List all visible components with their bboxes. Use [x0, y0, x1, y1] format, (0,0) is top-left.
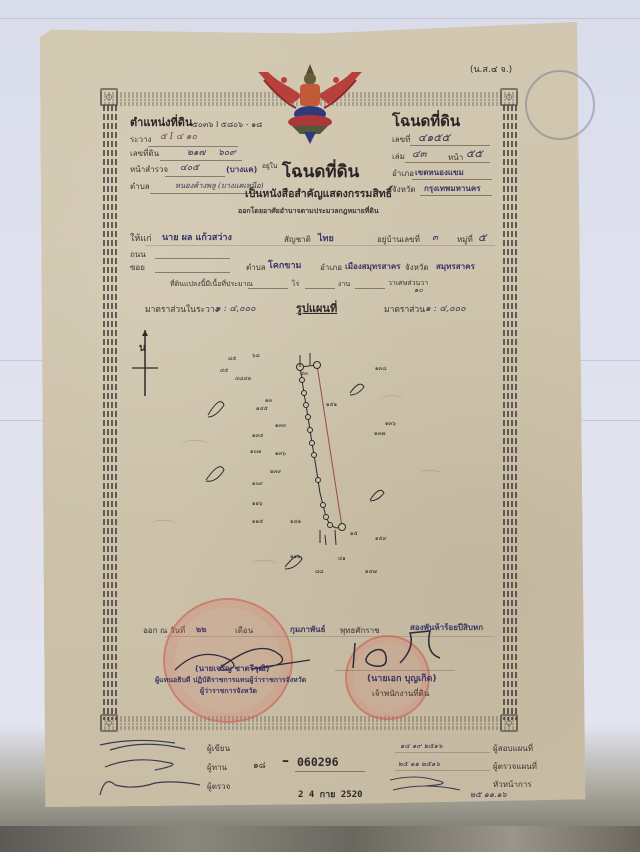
field-rule [395, 770, 490, 771]
map-scale-value: ๑ : ๔,๐๐๐ [425, 305, 466, 314]
rawang-label: ระวาง [130, 136, 151, 144]
nationality-value: ไทย [318, 235, 334, 244]
writer-label: ผู้เขียน [207, 745, 230, 753]
province-label: จังหวัด [392, 186, 416, 194]
soi-label: ซอย [130, 264, 145, 272]
house-no-label: อยู่บ้านเลขที่ [377, 236, 420, 244]
compare-label: ผู้ตรวจ [207, 783, 230, 791]
garuda-emblem-icon [254, 62, 366, 146]
svg-text:๑๐๙: ๑๐๙ [252, 481, 263, 487]
house-no-value: ๓ [432, 234, 438, 243]
land-no-extra: ๖๐๙ [218, 149, 236, 158]
faded-stamp [525, 70, 595, 140]
svg-text:๑๔๑: ๑๔๑ [290, 519, 301, 525]
svg-text:๑๓๔: ๑๓๔ [252, 433, 263, 439]
owner-amphoe-label: อำเภอ [320, 264, 342, 272]
ngan-label: งาน [338, 281, 350, 288]
svg-text:๔๑: ๔๑ [338, 556, 346, 562]
svg-text:๑๐๖: ๑๐๖ [290, 554, 301, 560]
svg-text:๑๑๕: ๑๑๕ [252, 519, 263, 525]
corner-ornament [100, 714, 118, 732]
rawang-scale-value: ๑ : ๔,๐๐๐ [215, 305, 256, 314]
svg-text:๑๔๗: ๑๔๗ [365, 569, 377, 575]
surveyor-label: ผู้สอบแผนที่ [493, 745, 533, 753]
survey-note: (บางแค) [226, 166, 257, 174]
footer-signatures-left [95, 735, 205, 805]
owner-tambon-label: ตำบล [246, 264, 266, 272]
location-title: ตำแหน่งที่ดิน [130, 117, 192, 128]
issued-under: ออกโดยอาศัยอำนาจตามประมวลกฎหมายที่ดิน [238, 208, 379, 215]
road-label: ถนน [130, 251, 146, 259]
field-rule [420, 195, 492, 196]
right-deed-title: โฉนดที่ดิน [392, 114, 460, 129]
field-rule [160, 160, 242, 161]
svg-text:๑๔๕: ๑๔๕ [256, 406, 268, 412]
border-bottom [100, 716, 520, 730]
ngan-field [305, 288, 335, 289]
land-no-label: เลขที่ดิน [130, 150, 159, 158]
deed-no-label: เลขที่ [392, 136, 410, 144]
svg-text:๑๓๓: ๑๓๓ [275, 423, 286, 429]
svg-text:๘๘: ๘๘ [315, 569, 324, 575]
road-field [155, 258, 230, 259]
date-stamp: 2 4 กาย 2520 [298, 791, 363, 800]
volume-label: เล่ม [392, 153, 405, 161]
signature-left [170, 640, 320, 680]
signature-right [345, 628, 455, 673]
wa-value: ๑๐ [414, 287, 423, 294]
svg-text:๑๕๙: ๑๕๙ [375, 536, 387, 542]
rai-label: ไร่ [292, 281, 299, 288]
survey-page-value: ๔๐๕ [180, 164, 199, 173]
moo-value: ๕ [478, 232, 486, 243]
field-rule [148, 146, 238, 147]
survey-page-label: หน้าสำรวจ [130, 166, 168, 174]
footer-signature-right [385, 772, 465, 797]
province-value: กรุงเทพมหานคร [424, 185, 480, 193]
field-rule [150, 193, 260, 194]
table-surface [0, 826, 640, 852]
rai-field [248, 288, 288, 289]
moo-label: หมู่ที่ [457, 236, 473, 244]
soi-field [155, 272, 230, 273]
svg-text:๑๐๗: ๑๐๗ [250, 449, 261, 455]
field-rule [405, 162, 490, 163]
border-right [503, 105, 519, 720]
form-code: (น.ส.๔ จ.) [470, 66, 512, 75]
field-rule [412, 179, 492, 180]
head-label: หัวหน้าการ [493, 781, 532, 789]
area-prefix: ที่ดินแปลงนี้มีเนื้อที่ประมาณ [170, 281, 253, 288]
page-value: ๕๕ [466, 148, 483, 159]
signature-line [335, 670, 455, 671]
map-checker-label: ผู้ตรวจแผนที่ [493, 763, 537, 771]
deed-main-title: โฉนดที่ดิน [282, 164, 359, 181]
given-to-label: ให้แก่ [130, 235, 152, 244]
border-left [103, 105, 119, 720]
official-right-name: (นายเอก บุญเกิด) [367, 675, 437, 684]
page-label: หน้า [448, 154, 463, 162]
svg-text:๑๓: ๑๓ [265, 398, 272, 404]
field-rule [165, 176, 225, 177]
corner-ornament [500, 714, 518, 732]
official-left-title-1: ผู้แทนอธิบดี ปฏิบัติราชการแทนผู้ว่าราชกา… [155, 677, 306, 684]
svg-text:๑๓๖: ๑๓๖ [275, 451, 286, 457]
parcel-map: ๘๕๖๘ ๔๕๔๘๔๓ ๔๓๑๓ ๑๔๕๑๓๓ ๑๓๔๑๐๗ ๑๓๖๑๓๙ ๑๐… [140, 335, 460, 575]
svg-text:๘๕: ๘๕ [228, 356, 236, 362]
footer-note-2: ๒๕ ๑๑ ๒๕๑๖ [398, 761, 440, 768]
issue-month: กุมภาพันธ์ [290, 626, 326, 634]
rawang-value: ๕ I ๔ ๑๐ [160, 133, 197, 142]
tambon-label: ตำบล [130, 183, 150, 191]
wa-field [355, 288, 385, 289]
footer-note-1: ๑๔ ๑๙ ๒๕๑๖ [400, 743, 443, 750]
deed-subtitle: เป็นหนังสือสำคัญแสดงกรรมสิทธิ์ [245, 189, 392, 200]
owner-amphoe-value: เมืองสมุทรสาคร [345, 263, 400, 271]
svg-text:๔๘๔๓: ๔๘๔๓ [235, 376, 252, 382]
amphoe-value: เขตหนองแขม [415, 169, 464, 177]
field-rule [410, 145, 490, 146]
official-left-name: (นายเจริญ ชาตรีวุฒิ) [195, 665, 269, 673]
svg-text:๑๓๖: ๑๓๖ [385, 421, 396, 427]
location-code: ๕๐๓๖ I ๕๘๐๖ - ๑๘ [192, 121, 262, 129]
svg-text:๔๕: ๔๕ [220, 368, 228, 374]
svg-text:๑๓๙: ๑๓๙ [270, 469, 281, 475]
owner-name: นาย ผล แก้วสว่าง [162, 234, 232, 243]
owner-province-label: จังหวัด [405, 264, 429, 272]
svg-text:๔๓: ๔๓ [300, 371, 308, 377]
svg-text:๑๕: ๑๕ [350, 531, 358, 537]
field-rule [145, 245, 495, 246]
rawang-scale-label: มาตราส่วนในระวาง [145, 306, 219, 315]
map-scale-label: มาตราส่วน [384, 306, 425, 315]
svg-text:๑๓๗: ๑๓๗ [374, 431, 385, 437]
land-no-value: ๒๑๗ [187, 149, 205, 158]
amphoe-label: อำเภอ [392, 170, 414, 178]
volume-value: ๔๓ [412, 150, 426, 160]
serial-number: 060296 [297, 757, 339, 769]
svg-text:๑๓๘: ๑๓๘ [375, 366, 387, 372]
checker-label: ผู้ทาน [207, 764, 227, 772]
over-label: อยู่ใน [262, 163, 277, 170]
corner-ornament [500, 88, 518, 106]
background-line [0, 18, 640, 19]
svg-text:๑๑๖: ๑๑๖ [252, 501, 263, 507]
owner-province-value: สมุทรสาคร [436, 263, 475, 271]
map-title: รูปแผนที่ [296, 303, 337, 314]
owner-tambon-value: โคกขาม [268, 262, 301, 271]
serial-prefix: ๑๘ [253, 762, 266, 771]
official-right-title: เจ้าพนักงานที่ดิน [372, 690, 429, 698]
svg-text:๑๕๑: ๑๕๑ [326, 402, 337, 408]
svg-text:๖๘: ๖๘ [252, 353, 260, 359]
corner-ornament [100, 88, 118, 106]
footer-note-3: ๒๕ ๑๑.๑๖ [470, 791, 507, 799]
official-left-title-2: ผู้ว่าราชการจังหวัด [200, 688, 257, 695]
deed-no-value: ๔๑๕๕ [418, 132, 450, 143]
serial-rule [295, 771, 365, 772]
field-rule [395, 752, 490, 753]
nationality-label: สัญชาติ [284, 236, 311, 244]
